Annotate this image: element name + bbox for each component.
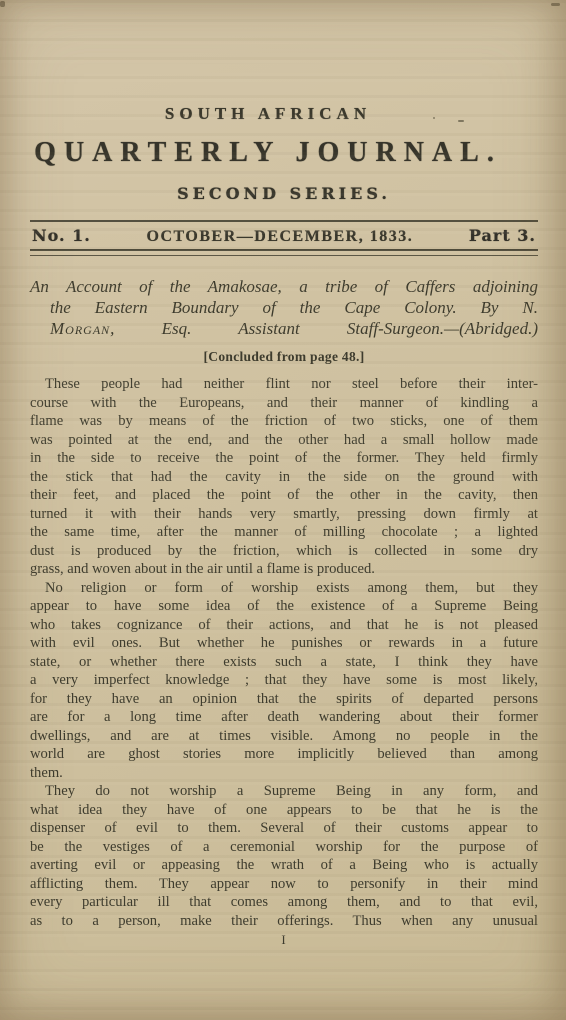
body-line: state, or whether there exists such a st… bbox=[30, 653, 538, 672]
scan-artifact bbox=[458, 120, 464, 122]
body-line: in the side to receive the point of the … bbox=[30, 449, 538, 468]
body-line: them. bbox=[30, 764, 538, 783]
body-line: the stick that had the cavity in the sid… bbox=[30, 468, 538, 487]
body-line: dispenser of evil to them. Several of th… bbox=[30, 819, 538, 838]
article: An Account of the Amakosae, a tribe of C… bbox=[30, 276, 538, 948]
body-line: was pointed at the end, and the other ha… bbox=[30, 431, 538, 450]
signature-mark: I bbox=[30, 932, 538, 948]
body-line: No religion or form of worship exists am… bbox=[30, 579, 538, 598]
body-line: their feet, and placed the point of the … bbox=[30, 486, 538, 505]
body-line: world are ghost stories more implicitly … bbox=[30, 745, 538, 764]
issue-part: Part 3. bbox=[469, 226, 536, 245]
paragraph: No religion or form of worship exists am… bbox=[30, 579, 538, 783]
journal-title-line2: QUARTERLY JOURNAL. bbox=[14, 137, 522, 169]
body-line: every particular ill that comes among th… bbox=[30, 893, 538, 912]
body-line: what idea they have of one appears to be… bbox=[30, 801, 538, 820]
body-line: grass, and woven about in the air until … bbox=[30, 560, 538, 579]
body-line: averting evil or appeasing the wrath of … bbox=[30, 856, 538, 875]
scan-artifact bbox=[433, 117, 435, 119]
continuation-note: [Concluded from page 48.] bbox=[30, 349, 538, 365]
scan-artifact bbox=[182, 114, 185, 117]
article-title: An Account of the Amakosae, a tribe of C… bbox=[30, 276, 538, 339]
byline-rest: , Esq. Assistant Staff-Surgeon.—(Abridge… bbox=[110, 319, 538, 338]
series-heading: SECOND SERIES. bbox=[30, 184, 538, 203]
body-line: These people had neither flint nor steel… bbox=[30, 375, 538, 394]
issue-info-row: No. 1. OCTOBER—DECEMBER, 1833. Part 3. bbox=[30, 222, 538, 249]
article-body: These people had neither flint nor steel… bbox=[30, 375, 538, 930]
masthead: SOUTH AFRICAN QUARTERLY JOURNAL. SECOND … bbox=[30, 104, 538, 256]
body-line: as to a person, make their offerings. Th… bbox=[30, 912, 538, 931]
paragraph: They do not worship a Supreme Being in a… bbox=[30, 782, 538, 930]
issue-number: No. 1. bbox=[32, 226, 91, 245]
journal-page: SOUTH AFRICAN QUARTERLY JOURNAL. SECOND … bbox=[0, 0, 566, 1020]
issue-date: OCTOBER—DECEMBER, 1833. bbox=[147, 228, 414, 246]
body-line: appear to have some idea of the existenc… bbox=[30, 597, 538, 616]
body-line: are for a long time after death wanderin… bbox=[30, 708, 538, 727]
article-title-line: the Eastern Boundary of the Cape Colony.… bbox=[30, 297, 538, 318]
body-line: be the vestiges of a ceremonial worship … bbox=[30, 838, 538, 857]
article-title-line: An Account of the Amakosae, a tribe of C… bbox=[30, 276, 538, 297]
page-content: SOUTH AFRICAN QUARTERLY JOURNAL. SECOND … bbox=[0, 0, 566, 948]
body-line: afflicting them. They appear now to pers… bbox=[30, 875, 538, 894]
paragraph: These people had neither flint nor steel… bbox=[30, 375, 538, 579]
body-line: course with the Europeans, and their man… bbox=[30, 394, 538, 413]
article-byline: Morgan, Esq. Assistant Staff-Surgeon.—(A… bbox=[30, 318, 538, 339]
author-name: Morgan bbox=[50, 319, 110, 338]
scan-artifact bbox=[0, 1, 5, 7]
body-line: dust is produced by the friction, which … bbox=[30, 542, 538, 561]
body-line: a very imperfect knowledge ; that they h… bbox=[30, 671, 538, 690]
masthead-rule-bottom bbox=[30, 249, 538, 256]
body-line: the same time, after the manner of milli… bbox=[30, 523, 538, 542]
body-line: who takes cognizance of their actions, a… bbox=[30, 616, 538, 635]
body-line: with evil ones. But whether he punishes … bbox=[30, 634, 538, 653]
body-line: turned it with their hands very smartly,… bbox=[30, 505, 538, 524]
scan-artifact bbox=[551, 3, 560, 6]
body-line: flame was by means of the friction of tw… bbox=[30, 412, 538, 431]
journal-title-line1: SOUTH AFRICAN bbox=[14, 104, 522, 124]
body-line: for they have an opinion that the spirit… bbox=[30, 690, 538, 709]
body-line: They do not worship a Supreme Being in a… bbox=[30, 782, 538, 801]
body-line: dwellings, and are at times visible. Amo… bbox=[30, 727, 538, 746]
